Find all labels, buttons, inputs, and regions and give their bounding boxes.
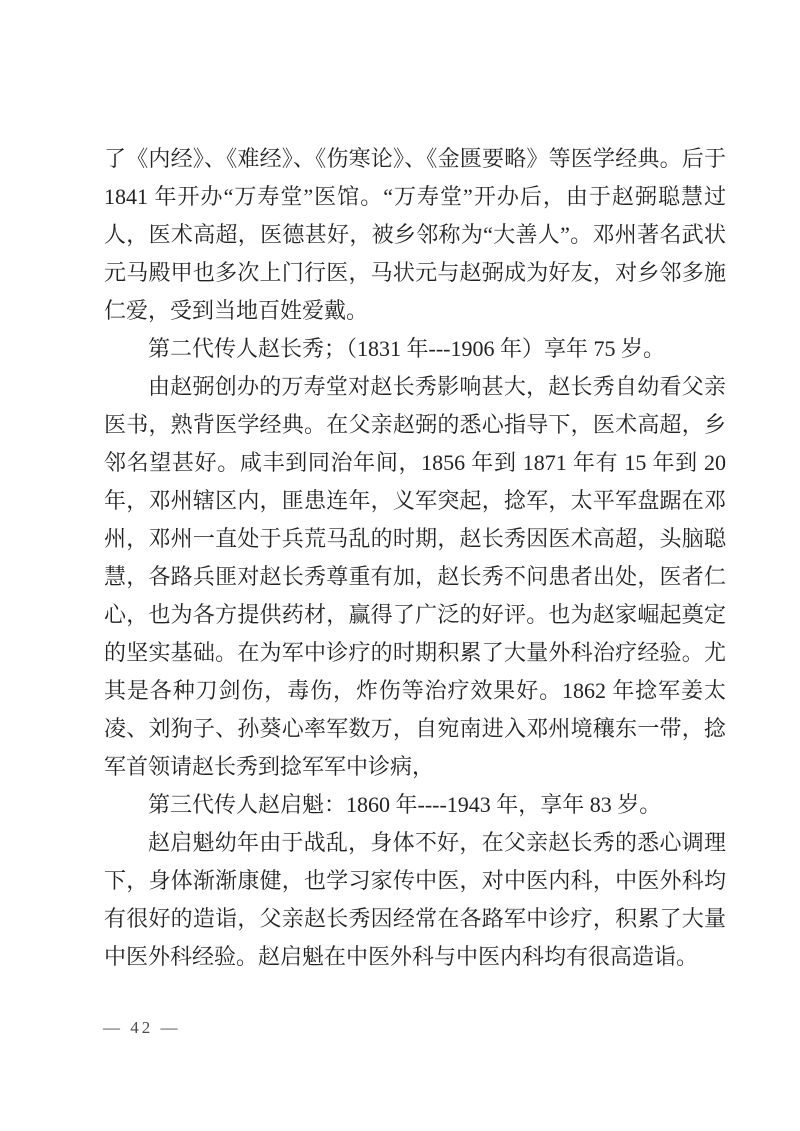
paragraph: 赵启魁幼年由于战乱，身体不好，在父亲赵长秀的悉心调理下，身体渐渐康健，也学习家传… <box>104 824 726 976</box>
page-number: — 42 — <box>103 1018 181 1038</box>
document-page: 了《内经》、《难经》、《伤寒论》、《金匮要略》等医学经典。后于 1841 年开办… <box>0 0 800 1131</box>
text-block: 了《内经》、《难经》、《伤寒论》、《金匮要略》等医学经典。后于 1841 年开办… <box>104 140 726 976</box>
paragraph: 由赵弼创办的万寿堂对赵长秀影响甚大，赵长秀自幼看父亲医书，熟背医学经典。在父亲赵… <box>104 368 726 786</box>
paragraph: 第二代传人赵长秀；（1831 年---1906 年）享年 75 岁。 <box>104 330 726 368</box>
paragraph: 第三代传人赵启魁：1860 年----1943 年，享年 83 岁。 <box>104 786 726 824</box>
paragraph: 了《内经》、《难经》、《伤寒论》、《金匮要略》等医学经典。后于 1841 年开办… <box>104 140 726 330</box>
